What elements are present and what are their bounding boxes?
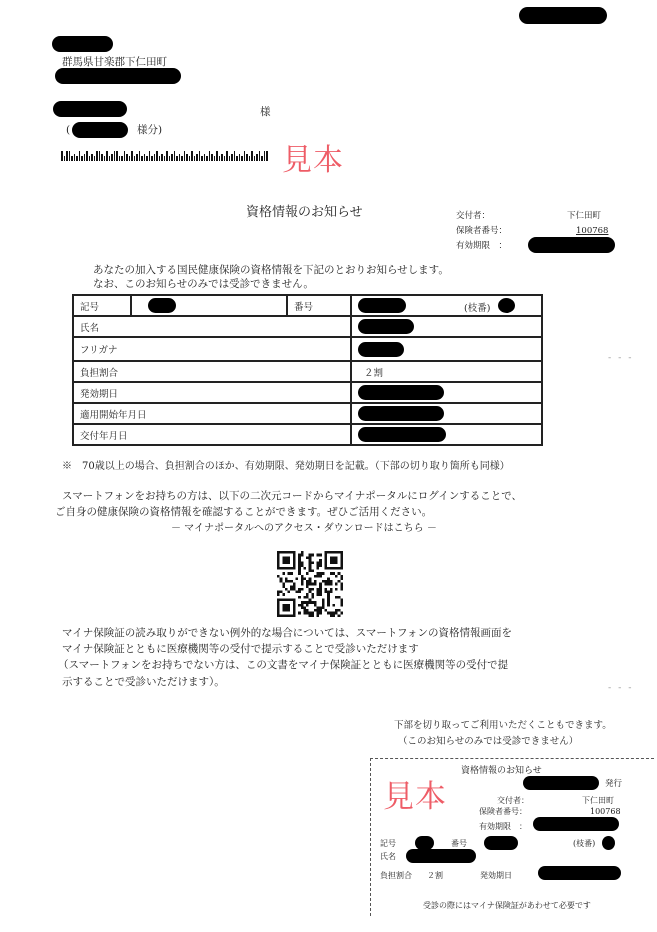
qualification-table: 記号 番号 (枝番) 氏名 フリガナ 負担割合 ２割 発効期日 適用開始年月日 …	[72, 294, 543, 446]
cutout-redacted-name	[406, 849, 476, 863]
cutout-redacted-symbol	[415, 836, 434, 850]
cutout-burden-label: 負担割合	[380, 872, 412, 880]
fold-mark-bottom: - - -	[608, 683, 633, 693]
cutout-redacted-branch	[602, 836, 615, 850]
document-title: 資格情報のお知らせ	[246, 201, 363, 220]
redacted-postal-code	[52, 36, 113, 52]
issuer-value: 下仁田町	[567, 212, 601, 221]
cutout-issuer-label: 交付者：	[497, 797, 529, 805]
sample-stamp: 見本	[282, 146, 344, 176]
fold-mark-top: - - -	[608, 353, 633, 363]
postal-barcode	[61, 151, 273, 161]
table-row: 適用開始年月日	[73, 403, 542, 424]
cutout-title: 資格情報のお知らせ	[461, 767, 542, 776]
cut-line-vertical[interactable]	[370, 758, 371, 916]
cutout-insurer-number-label: 保険者番号：	[479, 808, 527, 816]
table-row: 氏名	[73, 316, 542, 337]
on-behalf-open: (	[66, 125, 70, 136]
table-row: 負担割合 ２割	[73, 361, 542, 382]
redacted-on-behalf-name	[72, 122, 128, 138]
exception-line-2: マイナ保険証とともに医療機関等の受付で提示することで受診いただけます	[62, 644, 419, 655]
cutout-sample-stamp: 見本	[383, 782, 447, 813]
row-label: 適用開始年月日	[73, 403, 351, 424]
smartphone-line-1: スマートフォンをお持ちの方は、以下の二次元コードからマイナポータルにログインする…	[62, 491, 522, 502]
redacted-validity	[528, 237, 615, 253]
row-label: 氏名	[73, 316, 351, 337]
issuer-label: 交付者：	[456, 212, 490, 221]
row-value	[351, 403, 542, 424]
row-value	[351, 382, 542, 403]
cutout-note-line-2: （このお知らせのみでは受診できません）	[398, 737, 578, 747]
cutout-effective-label: 発効期日	[480, 872, 512, 880]
validity-label: 有効期限 ：	[456, 242, 507, 251]
symbol-value	[131, 295, 287, 316]
on-behalf-suffix: 様分)	[137, 125, 162, 136]
cutout-issuer-value: 下仁田町	[582, 797, 614, 805]
cutout-footer: 受診の際にはマイナ保険証があわせて必要です	[423, 902, 591, 910]
honorific: 様	[260, 107, 271, 118]
smartphone-line-2: ご自身の健康保険の資格情報を確認することができます。ぜひご活用ください。	[55, 507, 432, 518]
cutout-issued-suffix: 発行	[605, 780, 622, 789]
table-row: 発効期日	[73, 382, 542, 403]
row-label: 発効期日	[73, 382, 351, 403]
table-row: フリガナ	[73, 337, 542, 361]
exception-line-4: 示することで受診いただけます）。	[62, 677, 225, 688]
cutout-validity-label: 有効期限 ：	[479, 823, 527, 831]
row-value	[351, 316, 542, 337]
cutout-redacted-validity	[533, 817, 619, 831]
row-value	[351, 337, 542, 361]
redacted-top-right	[519, 7, 607, 24]
row-value: ２割	[351, 361, 542, 382]
cutout-burden-value: ２割	[427, 872, 443, 880]
cutout-redacted-effective	[538, 866, 621, 880]
cutout-redacted-number	[484, 836, 518, 850]
exception-line-3: （スマートフォンをお持ちでない方は、この文書をマイナ保険証とともに医療機関等の受…	[58, 660, 508, 671]
table-row: 交付年月日	[73, 424, 542, 445]
exception-line-1: マイナ保険証の読み取りができない例外的な場合については、スマートフォンの資格情報…	[62, 628, 512, 639]
cutout-redacted-issue-date	[523, 776, 599, 790]
intro-line-2: なお、このお知らせのみでは受診できません。	[93, 279, 314, 290]
cut-line-horizontal[interactable]	[370, 758, 654, 759]
insurer-number-value: 100768	[576, 227, 608, 236]
row-label: 交付年月日	[73, 424, 351, 445]
address-prefecture-town: 群馬県甘楽郡下仁田町	[62, 57, 167, 68]
note-age-70: ※ 70歳以上の場合、負担割合のほか、有効期限、発効期日を記載。（下部の切り取り…	[62, 462, 510, 472]
cutout-branch-label: (枝番)	[573, 840, 595, 848]
portal-caption: － マイナポータルへのアクセス・ダウンロードはこちら －	[171, 524, 437, 534]
cutout-number-label: 番号	[451, 840, 467, 848]
row-value	[351, 424, 542, 445]
cutout-symbol-label: 記号	[380, 840, 396, 848]
cutout-insurer-number-value: 100768	[590, 808, 621, 816]
redacted-recipient-name	[53, 101, 127, 117]
number-label: 番号	[287, 295, 351, 316]
branch-label: (枝番)	[464, 300, 490, 314]
row-label: 負担割合	[73, 361, 351, 382]
table-row-symbol-number: 記号 番号 (枝番)	[73, 295, 542, 316]
redacted-address	[55, 68, 181, 84]
row-label: フリガナ	[73, 337, 351, 361]
cutout-note-line-1: 下部を切り取ってご利用いただくこともできます。	[394, 721, 612, 731]
number-value: (枝番)	[351, 295, 542, 316]
symbol-label: 記号	[73, 295, 131, 316]
cutout-name-label: 氏名	[380, 853, 396, 861]
intro-line-1: あなたの加入する国民健康保険の資格情報を下記のとおりお知らせします。	[93, 265, 449, 276]
insurer-number-label: 保険者番号：	[456, 227, 507, 236]
qr-code-mynaportal[interactable]	[277, 551, 343, 617]
